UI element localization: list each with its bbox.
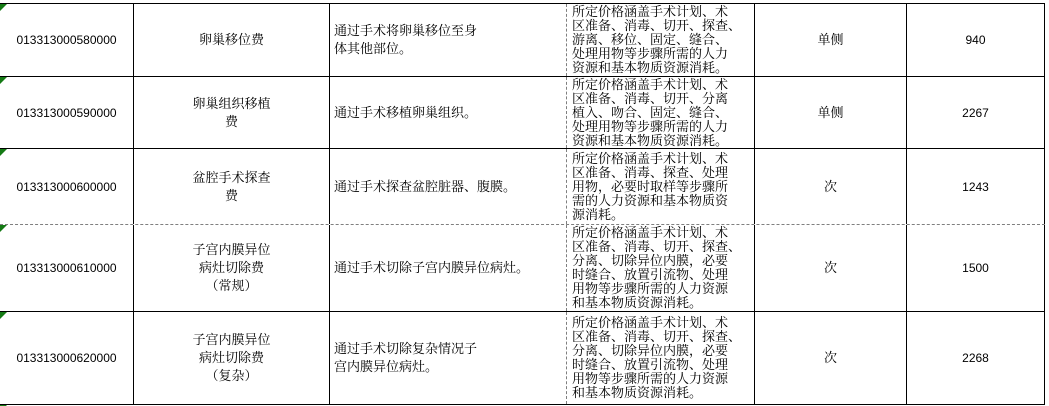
cell-name[interactable]: 卵巢移位费	[134, 4, 330, 76]
cell-coverage[interactable]: 所定价格涵盖手术计划、术 区准备、消毒、切开、探查、 分离、切除异位内膜，必要 …	[567, 225, 755, 311]
cell-coverage[interactable]: 所定价格涵盖手术计划、术 区准备、消毒、切开、分离 植入、吻合、固定、缝合、 处…	[567, 77, 755, 148]
item-code: 013313000600000	[16, 180, 116, 194]
cell-name[interactable]: 盆腔手术探查 费	[134, 149, 330, 224]
item-description: 通过手术切除复杂情况子 宫内膜异位病灶。	[330, 340, 477, 376]
item-code: 013313000590000	[16, 106, 116, 120]
item-coverage: 所定价格涵盖手术计划、术 区准备、消毒、切开、分离 植入、吻合、固定、缝合、 处…	[567, 77, 730, 148]
green-triangle-icon	[0, 312, 7, 319]
green-triangle-icon	[0, 225, 7, 232]
green-triangle-icon	[0, 149, 7, 156]
table-row: 013313000600000 盆腔手术探查 费 通过手术探查盆腔脏器、腹膜。 …	[0, 149, 1045, 225]
cell-coverage[interactable]: 所定价格涵盖手术计划、术 区准备、消毒、切开、探查、 分离、切除异位内膜，必要 …	[567, 312, 755, 404]
item-name: 盆腔手术探查 费	[192, 169, 270, 205]
cell-unit[interactable]: 次	[755, 225, 907, 311]
cell-unit[interactable]: 单侧	[755, 4, 907, 76]
cell-coverage[interactable]: 所定价格涵盖手术计划、术 区准备、消毒、切开、探查、 游离、移位、固定、缝合、 …	[567, 4, 755, 76]
item-name: 子宫内膜异位 病灶切除费 （常规）	[192, 241, 270, 295]
cell-code[interactable]: 013313000600000	[0, 149, 134, 224]
cell-description[interactable]: 通过手术切除复杂情况子 宫内膜异位病灶。	[330, 312, 567, 404]
cell-description[interactable]: 通过手术将卵巢移位至身 体其他部位。	[330, 4, 567, 76]
cell-unit[interactable]: 单侧	[755, 77, 907, 148]
spreadsheet-view: 013313000580000 卵巢移位费 通过手术将卵巢移位至身 体其他部位。…	[0, 0, 1049, 406]
item-unit: 单侧	[817, 31, 843, 49]
table-row: 013313000620000 子宫内膜异位 病灶切除费 （复杂） 通过手术切除…	[0, 312, 1045, 405]
table-row: 013313000610000 子宫内膜异位 病灶切除费 （常规） 通过手术切除…	[0, 225, 1045, 312]
cell-price[interactable]: 2268	[907, 312, 1045, 404]
item-price: 1243	[962, 180, 989, 194]
item-price: 940	[965, 33, 985, 47]
item-name: 卵巢组织移植 费	[192, 95, 270, 131]
item-coverage: 所定价格涵盖手术计划、术 区准备、消毒、探查、处理 用物，必要时取样等步骤所 需…	[567, 151, 730, 223]
item-description: 通过手术移植卵巢组织。	[330, 104, 477, 122]
cell-description[interactable]: 通过手术切除子宫内膜异位病灶。	[330, 225, 567, 311]
green-triangle-icon	[0, 4, 7, 11]
item-price: 2268	[962, 351, 989, 365]
item-description: 通过手术切除子宫内膜异位病灶。	[330, 259, 529, 277]
item-name: 卵巢移位费	[199, 31, 264, 49]
cell-price[interactable]: 2267	[907, 77, 1045, 148]
item-unit: 次	[824, 259, 837, 277]
item-coverage: 所定价格涵盖手术计划、术 区准备、消毒、切开、探查、 游离、移位、固定、缝合、 …	[567, 4, 743, 76]
item-price: 2267	[962, 106, 989, 120]
cell-name[interactable]: 子宫内膜异位 病灶切除费 （常规）	[134, 225, 330, 311]
item-description: 通过手术探查盆腔脏器、腹膜。	[330, 178, 516, 196]
price-table: 013313000580000 卵巢移位费 通过手术将卵巢移位至身 体其他部位。…	[0, 3, 1045, 405]
cell-coverage[interactable]: 所定价格涵盖手术计划、术 区准备、消毒、探查、处理 用物，必要时取样等步骤所 需…	[567, 149, 755, 224]
item-name: 子宫内膜异位 病灶切除费 （复杂）	[192, 331, 270, 385]
cell-code[interactable]: 013313000590000	[0, 77, 134, 148]
cell-code[interactable]: 013313000610000	[0, 225, 134, 311]
table-row: 013313000590000 卵巢组织移植 费 通过手术移植卵巢组织。 所定价…	[0, 77, 1045, 149]
item-unit: 单侧	[817, 104, 843, 122]
item-coverage: 所定价格涵盖手术计划、术 区准备、消毒、切开、探查、 分离、切除异位内膜，必要 …	[567, 225, 743, 311]
table-row: 013313000580000 卵巢移位费 通过手术将卵巢移位至身 体其他部位。…	[0, 4, 1045, 77]
cell-code[interactable]: 013313000580000	[0, 4, 134, 76]
item-price: 1500	[962, 261, 989, 275]
green-triangle-icon	[0, 77, 7, 84]
cell-code[interactable]: 013313000620000	[0, 312, 134, 404]
item-coverage: 所定价格涵盖手术计划、术 区准备、消毒、切开、探查、 分离、切除异位内膜，必要 …	[567, 315, 743, 401]
item-unit: 次	[824, 178, 837, 196]
item-code: 013313000610000	[16, 261, 116, 275]
cell-price[interactable]: 940	[907, 4, 1045, 76]
cell-name[interactable]: 子宫内膜异位 病灶切除费 （复杂）	[134, 312, 330, 404]
cell-unit[interactable]: 次	[755, 149, 907, 224]
item-unit: 次	[824, 349, 837, 367]
cell-price[interactable]: 1500	[907, 225, 1045, 311]
item-code: 013313000580000	[16, 33, 116, 47]
cell-description[interactable]: 通过手术探查盆腔脏器、腹膜。	[330, 149, 567, 224]
cell-name[interactable]: 卵巢组织移植 费	[134, 77, 330, 148]
cell-price[interactable]: 1243	[907, 149, 1045, 224]
cell-description[interactable]: 通过手术移植卵巢组织。	[330, 77, 567, 148]
item-description: 通过手术将卵巢移位至身 体其他部位。	[330, 22, 477, 58]
item-code: 013313000620000	[16, 351, 116, 365]
cell-unit[interactable]: 次	[755, 312, 907, 404]
